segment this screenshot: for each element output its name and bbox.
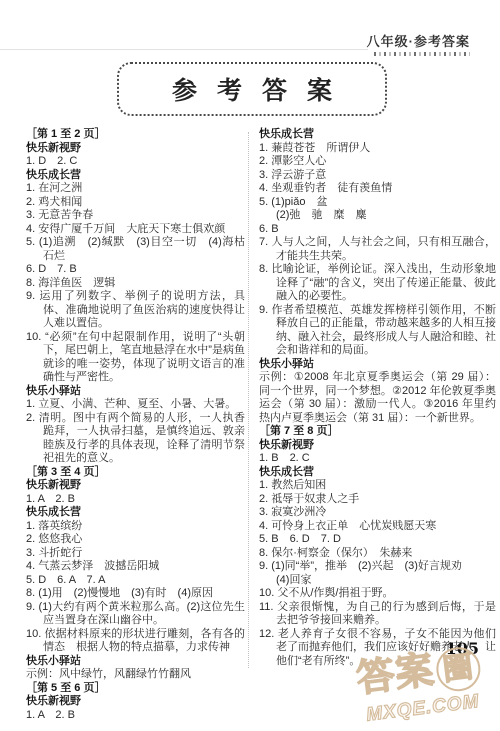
page-title: 参考答案	[152, 71, 352, 107]
answer-item: 4. 坐观垂钓者 徒有羡鱼情	[259, 182, 496, 196]
page-range-header: ［第 5 至 6 页］	[26, 682, 245, 696]
section-heading: 快乐新视野	[26, 479, 245, 493]
section-heading: 快乐新视野	[26, 695, 245, 709]
answer-item: 1. 在河之洲	[26, 182, 245, 196]
answer-note: 示例：风中绿竹，风翻绿竹竹翻风	[26, 668, 245, 682]
page-header-label: 八年级·参考答案	[367, 31, 470, 50]
answer-item: 1. 教然后知困	[259, 479, 496, 493]
section-heading: 快乐小驿站	[26, 655, 245, 669]
section-heading: 快乐成长营	[26, 169, 245, 183]
answer-item: 3. 浮云游子意	[259, 169, 496, 183]
answer-subitem: (2)弛 驰 糜 麋	[259, 209, 496, 223]
answer-item: 5. D 6. A 7. A	[26, 574, 245, 588]
answer-item: 2. 清明。图中有两个简易的人形，一人执香跪拜，一人执帚扫墓，是慎终追远、敦亲睦…	[26, 412, 245, 466]
answer-item: 2. 祗辱于奴隶人之手	[259, 493, 496, 507]
answer-item: 3. 无意苦争春	[26, 209, 245, 223]
section-heading: 快乐成长营	[26, 506, 245, 520]
answer-item: 8. (1)用 (2)慢慢地 (3)有时 (4)原因	[26, 587, 245, 601]
page-range-header: ［第 3 至 4 页］	[26, 466, 245, 480]
answer-key-page: 八年级·参考答案 参考答案 ［第 1 至 2 页］快乐新视野1. D 2. C快…	[0, 0, 500, 731]
answer-item: 8. 海洋鱼医 逻辑	[26, 277, 245, 291]
answer-item: 6. B	[259, 223, 496, 237]
answer-item: 6. D 7. B	[26, 263, 245, 277]
answer-item: 9. (1)同“举”，推举 (2)兴起 (3)好言规劝	[259, 560, 496, 574]
answer-item: 3. 斗折蛇行	[26, 547, 245, 561]
answer-item: 11. 父亲很惭愧，为自己的行为感到后悔，于是去把爷爷接回来赡养。	[259, 601, 496, 628]
answer-note: 示例：①2008 年北京夏季奥运会（第 29 届）：同一个世界，同一个梦想。②2…	[259, 371, 496, 425]
answer-item: 2. 鸡犬相闻	[26, 196, 245, 210]
answer-item: 7. 人与人之间，人与社会之间，只有相互融合，才能共生共荣。	[259, 236, 496, 263]
answer-item: 8. 保尔·柯察金（保尔） 朱赫来	[259, 547, 496, 561]
answer-item: 10. 依据材料原来的形状进行雕刻，各有各的情态 根据人物的特点描摹，力求传神	[26, 628, 245, 655]
page-range-header: ［第 1 至 2 页］	[26, 128, 245, 142]
answer-item: 1. 立夏、小满、芒种、夏至、小暑、大暑。	[26, 398, 245, 412]
answer-item: 1. A 2. B	[26, 493, 245, 507]
answer-item: 1. D 2. C	[26, 155, 245, 169]
answer-item: 5. B 6. D 7. D	[259, 533, 496, 547]
header-rule-decoration	[0, 49, 368, 50]
header-dots-decoration	[374, 52, 470, 56]
answer-item: 4. 气蒸云梦泽 波撼岳阳城	[26, 560, 245, 574]
column-divider	[248, 132, 249, 668]
left-column: ［第 1 至 2 页］快乐新视野1. D 2. C快乐成长营1. 在河之洲2. …	[26, 128, 245, 722]
answer-item: 9. 作者希望模范、英雄发挥榜样引领作用，不断释放自己的正能量，带动越来越多的人…	[259, 304, 496, 358]
section-heading: 快乐新视野	[26, 142, 245, 156]
answer-item: 1. 落英缤纷	[26, 520, 245, 534]
section-heading: 快乐小驿站	[26, 385, 245, 399]
answer-item: 10. “必须”在句中起限制作用，说明了“头朝下，尾巴朝上，笔直地悬浮在水中”是…	[26, 331, 245, 385]
answer-item: 1. B 2. C	[259, 452, 496, 466]
section-heading: 快乐成长营	[259, 466, 496, 480]
answer-columns: ［第 1 至 2 页］快乐新视野1. D 2. C快乐成长营1. 在河之洲2. …	[26, 128, 496, 722]
title-box: 参考答案	[117, 62, 387, 116]
answer-item: 2. 潭影空人心	[259, 155, 496, 169]
section-heading: 快乐新视野	[259, 439, 496, 453]
page-number: 105	[446, 639, 479, 658]
answer-subitem: (4)回家	[259, 574, 496, 588]
answer-item: 1. 蒹葭苍苍 所谓伊人	[259, 142, 496, 156]
answer-item: 2. 悠悠我心	[26, 533, 245, 547]
section-heading: 快乐成长营	[259, 128, 496, 142]
answer-item: 1. A 2. B	[26, 709, 245, 723]
answer-item: 8. 比喻论证，举例论证。深入浅出，生动形象地诠释了“融”的含义，突出了传递正能…	[259, 263, 496, 304]
answer-item: 4. 可怜身上衣正单 心忧炭贱愿天寒	[259, 520, 496, 534]
answer-item: 9. (1)大约有两个黄米粒那么高。(2)这位先生应当置身在深山幽谷中。	[26, 601, 245, 628]
answer-item: 5. (1)piǎo 盆	[259, 196, 496, 210]
page-range-header: ［第 7 至 8 页］	[259, 425, 496, 439]
answer-item: 4. 安得广厦千万间 大庇天下寒士俱欢颜	[26, 223, 245, 237]
right-column: 快乐成长营1. 蒹葭苍苍 所谓伊人2. 潭影空人心3. 浮云游子意4. 坐观垂钓…	[259, 128, 496, 722]
answer-item: 5. (1)追溯 (2)缄默 (3)目空一切 (4)海枯石烂	[26, 236, 245, 263]
section-heading: 快乐小驿站	[259, 358, 496, 372]
answer-item: 9. 运用了列数字、举例子的说明方法，具体、准确地说明了鱼医治病的速度快得让人难…	[26, 290, 245, 331]
answer-item: 3. 寂寞沙洲冷	[259, 506, 496, 520]
answer-item: 10. 父不从/作舆/捐祖于野。	[259, 587, 496, 601]
